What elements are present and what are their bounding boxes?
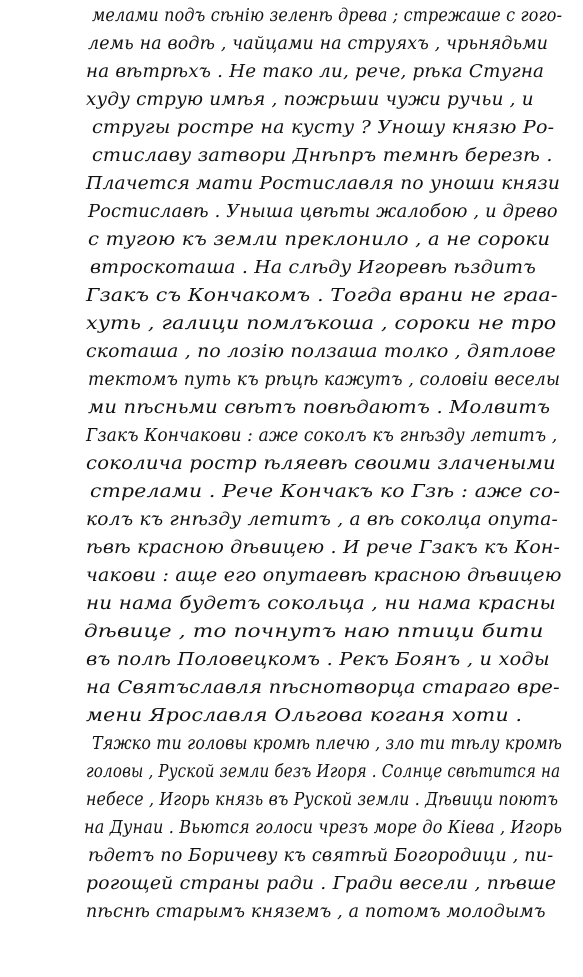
manuscript-line: Ростиславѣ . Уныша цвѣты жалобою , и дре… xyxy=(88,202,558,222)
manuscript-line: чакови : аще его опутаевѣ красною дѣвице… xyxy=(86,566,562,586)
manuscript-line: с тугою къ земли преклонило , а не сорок… xyxy=(88,230,550,250)
manuscript-line: худу струю имѣя , пожрьши чужи ручьи , и xyxy=(86,90,534,110)
manuscript-line: въ полѣ Половецкомъ . Рекъ Боянъ , и ход… xyxy=(86,650,550,670)
manuscript-line: Плачется мати Ростиславля по уноши князи xyxy=(86,174,560,194)
manuscript-line: ѣдетъ по Боричеву къ святѣй Богородици ,… xyxy=(88,846,553,866)
handwritten-text-block: мелами подъ сѣнiю зеленѣ древа ; стрежаш… xyxy=(0,0,583,977)
manuscript-line: ѣвѣ красною дѣвицею . И рече Гзакъ къ Ко… xyxy=(86,538,560,558)
manuscript-line: мелами подъ сѣнiю зеленѣ древа ; стрежаш… xyxy=(92,6,562,26)
manuscript-line: Тяжко ти головы кромѣ плечю , зло ти тѣл… xyxy=(92,734,562,754)
manuscript-line: небесе , Игорь князь въ Руской земли . Д… xyxy=(86,790,558,810)
manuscript-line: ни нама будетъ сокольца , ни нама красны xyxy=(86,594,556,614)
manuscript-line: пѣснѣ старымъ княземъ , а потомъ молодым… xyxy=(86,902,546,922)
manuscript-line: головы , Руской земли безъ Игоря . Солнц… xyxy=(86,762,560,782)
manuscript-line: на Дунаи . Вьются голоси чрезъ море до К… xyxy=(84,818,562,838)
manuscript-line: Гзакъ съ Кончакомъ . Тогда врани не граа… xyxy=(86,286,558,306)
manuscript-line: на вѣтрѣхъ . Не тако ли, рече, рѣка Стуг… xyxy=(86,62,544,82)
manuscript-line: лемь на водѣ , чайцами на струяхъ , чрьн… xyxy=(88,34,548,54)
manuscript-line: колъ къ гнѣзду летитъ , а вѣ соколца опу… xyxy=(86,510,558,530)
manuscript-line: стиславу затвори Днѣпръ темнѣ березѣ . xyxy=(92,146,553,166)
manuscript-line: мени Ярославля Ольгова коганя хоти . xyxy=(86,706,522,726)
manuscript-line: тектомъ путь къ рѣцѣ кажутъ , соловiи ве… xyxy=(88,370,560,390)
manuscript-line: втроскоташа . На слѣду Игоревѣ ѣздитъ xyxy=(90,258,536,278)
manuscript-line: стрелами . Рече Кончакъ ко Гзѣ : аже со- xyxy=(90,482,560,502)
manuscript-line: Гзакъ Кончакови : аже соколъ къ гнѣзду л… xyxy=(86,426,557,446)
manuscript-line: хуть , галици помлъкоша , сороки не тро xyxy=(86,314,556,334)
manuscript-line: соколича ростр ѣляевѣ своими злачеными xyxy=(86,454,556,474)
manuscript-line: скоташа , по лозiю ползаша толко , дятло… xyxy=(86,342,556,362)
manuscript-page: мелами подъ сѣнiю зеленѣ древа ; стрежаш… xyxy=(0,0,583,977)
manuscript-line: рогощей страны ради . Гради весели , пѣв… xyxy=(86,874,556,894)
manuscript-line: на Святъславля пѣснотворца стараго вре- xyxy=(86,678,560,698)
manuscript-line: стругы ростре на кусту ? Уношу князю Ро- xyxy=(92,118,554,138)
manuscript-line: дѣвице , то почнутъ наю птици бити xyxy=(84,622,544,642)
manuscript-line: ми пѣсньми свѣтъ повѣдаютъ . Молвитъ xyxy=(88,398,550,418)
